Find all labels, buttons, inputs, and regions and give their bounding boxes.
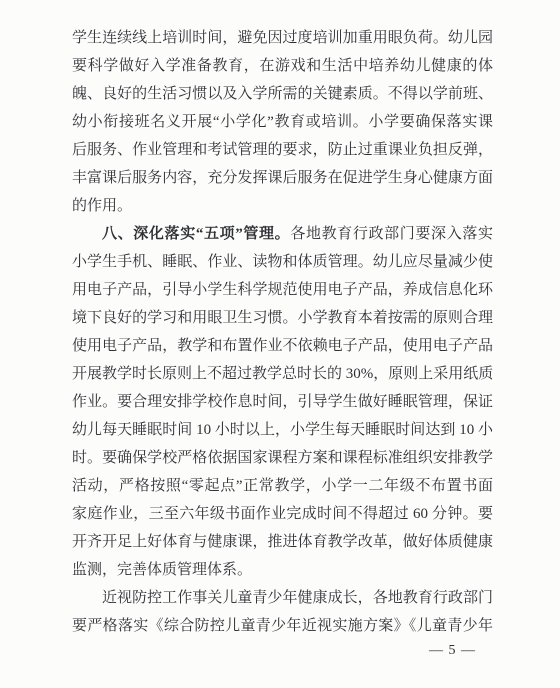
text-line: 幼小衔接班名义开展“小学化”教育或培训。小学要确保落实课	[72, 108, 493, 136]
text-line: 要严格落实《综合防控儿童青少年近视实施方案》《儿童青少年	[72, 612, 493, 640]
text-segment: 各地教育行政部门要深入落实	[290, 226, 493, 242]
text-line: 使用电子产品，教学和布置作业不依赖电子产品，使用电子产品	[72, 332, 493, 360]
text-line: 家庭作业，三至六年级书面作业完成时间不得超过 60 分钟。要	[72, 500, 493, 528]
text-line: 小学生手机、睡眠、作业、读物和体质管理。幼儿应尽量减少使	[72, 248, 493, 276]
text-line: 境下良好的学习和用眼卫生习惯。小学教育本着按需的原则合理	[72, 304, 493, 332]
text-line: 要科学做好入学准备教育，在游戏和生活中培养幼儿健康的体	[72, 52, 493, 80]
text-line: 作业。要合理安排学校作息时间，引导学生做好睡眠管理，保证	[72, 388, 493, 416]
text-line: 丰富课后服务内容，充分发挥课后服务在促进学生身心健康方面	[72, 164, 493, 192]
text-line: 后服务、作业管理和考试管理的要求，防止过重课业负担反弹，	[72, 136, 493, 164]
text-line: 监测，完善体质管理体系。	[72, 556, 493, 584]
text-line: 学生连续线上培训时间，避免因过度培训加重用眼负荷。幼儿园	[72, 24, 493, 52]
text-line: 魄、良好的生活习惯以及入学所需的关键素质。不得以学前班、	[72, 80, 493, 108]
text-line: 开展教学时长原则上不超过教学总时长的 30%，原则上采用纸质	[72, 360, 493, 388]
section-heading-bold: 八、深化落实“五项”管理。	[102, 226, 290, 242]
text-line: 时。要确保学校严格依据国家课程方案和课程标准组织安排教学	[72, 444, 493, 472]
document-page: 学生连续线上培训时间，避免因过度培训加重用眼负荷。幼儿园 要科学做好入学准备教育…	[0, 0, 560, 688]
document-body: 学生连续线上培训时间，避免因过度培训加重用眼负荷。幼儿园 要科学做好入学准备教育…	[72, 24, 493, 640]
text-line: 的作用。	[72, 192, 493, 220]
text-line: 幼儿每天睡眠时间 10 小时以上，小学生每天睡眠时间达到 10 小	[72, 416, 493, 444]
text-line: 用电子产品，引导小学生科学规范使用电子产品，养成信息化环	[72, 276, 493, 304]
text-line: 活动，严格按照“零起点”正常教学，小学一二年级不布置书面	[72, 472, 493, 500]
page-number: — 5 —	[429, 642, 476, 660]
text-line: 开齐开足上好体育与健康课，推进体育教学改革，做好体质健康	[72, 528, 493, 556]
section-heading-line: 八、深化落实“五项”管理。各地教育行政部门要深入落实	[72, 220, 493, 248]
text-line: 近视防控工作事关儿童青少年健康成长，各地教育行政部门	[72, 584, 493, 612]
